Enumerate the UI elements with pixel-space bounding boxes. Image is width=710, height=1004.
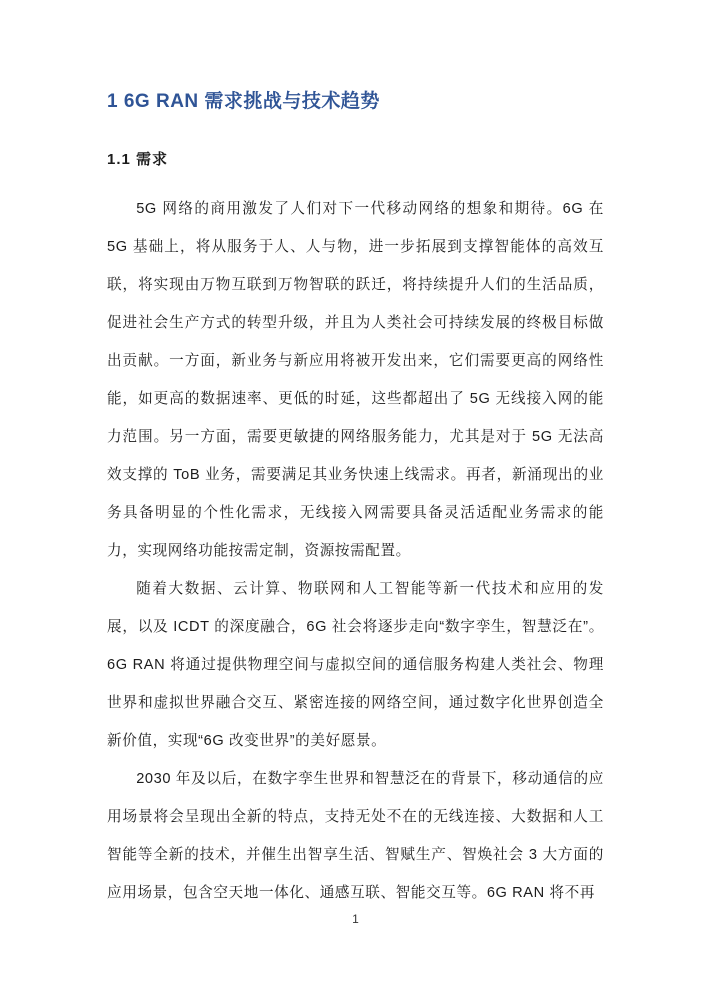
body-paragraph: 5G 网络的商用激发了人们对下一代移动网络的想象和期待。6G 在 5G 基础上，… <box>107 190 604 570</box>
section-heading: 1 6G RAN 需求挑战与技术趋势 <box>107 86 607 113</box>
page-number-footer: 1 <box>107 912 604 926</box>
subsection-heading: 1.1 需求 <box>107 148 507 169</box>
body-paragraph: 随着大数据、云计算、物联网和人工智能等新一代技术和应用的发展，以及 ICDT 的… <box>107 570 604 760</box>
body-paragraph: 2030 年及以后，在数字孪生世界和智慧泛在的背景下，移动通信的应用场景将会呈现… <box>107 760 604 912</box>
document-body: 5G 网络的商用激发了人们对下一代移动网络的想象和期待。6G 在 5G 基础上，… <box>107 190 604 912</box>
document-page: 1 6G RAN 需求挑战与技术趋势 1.1 需求 5G 网络的商用激发了人们对… <box>0 0 710 1004</box>
